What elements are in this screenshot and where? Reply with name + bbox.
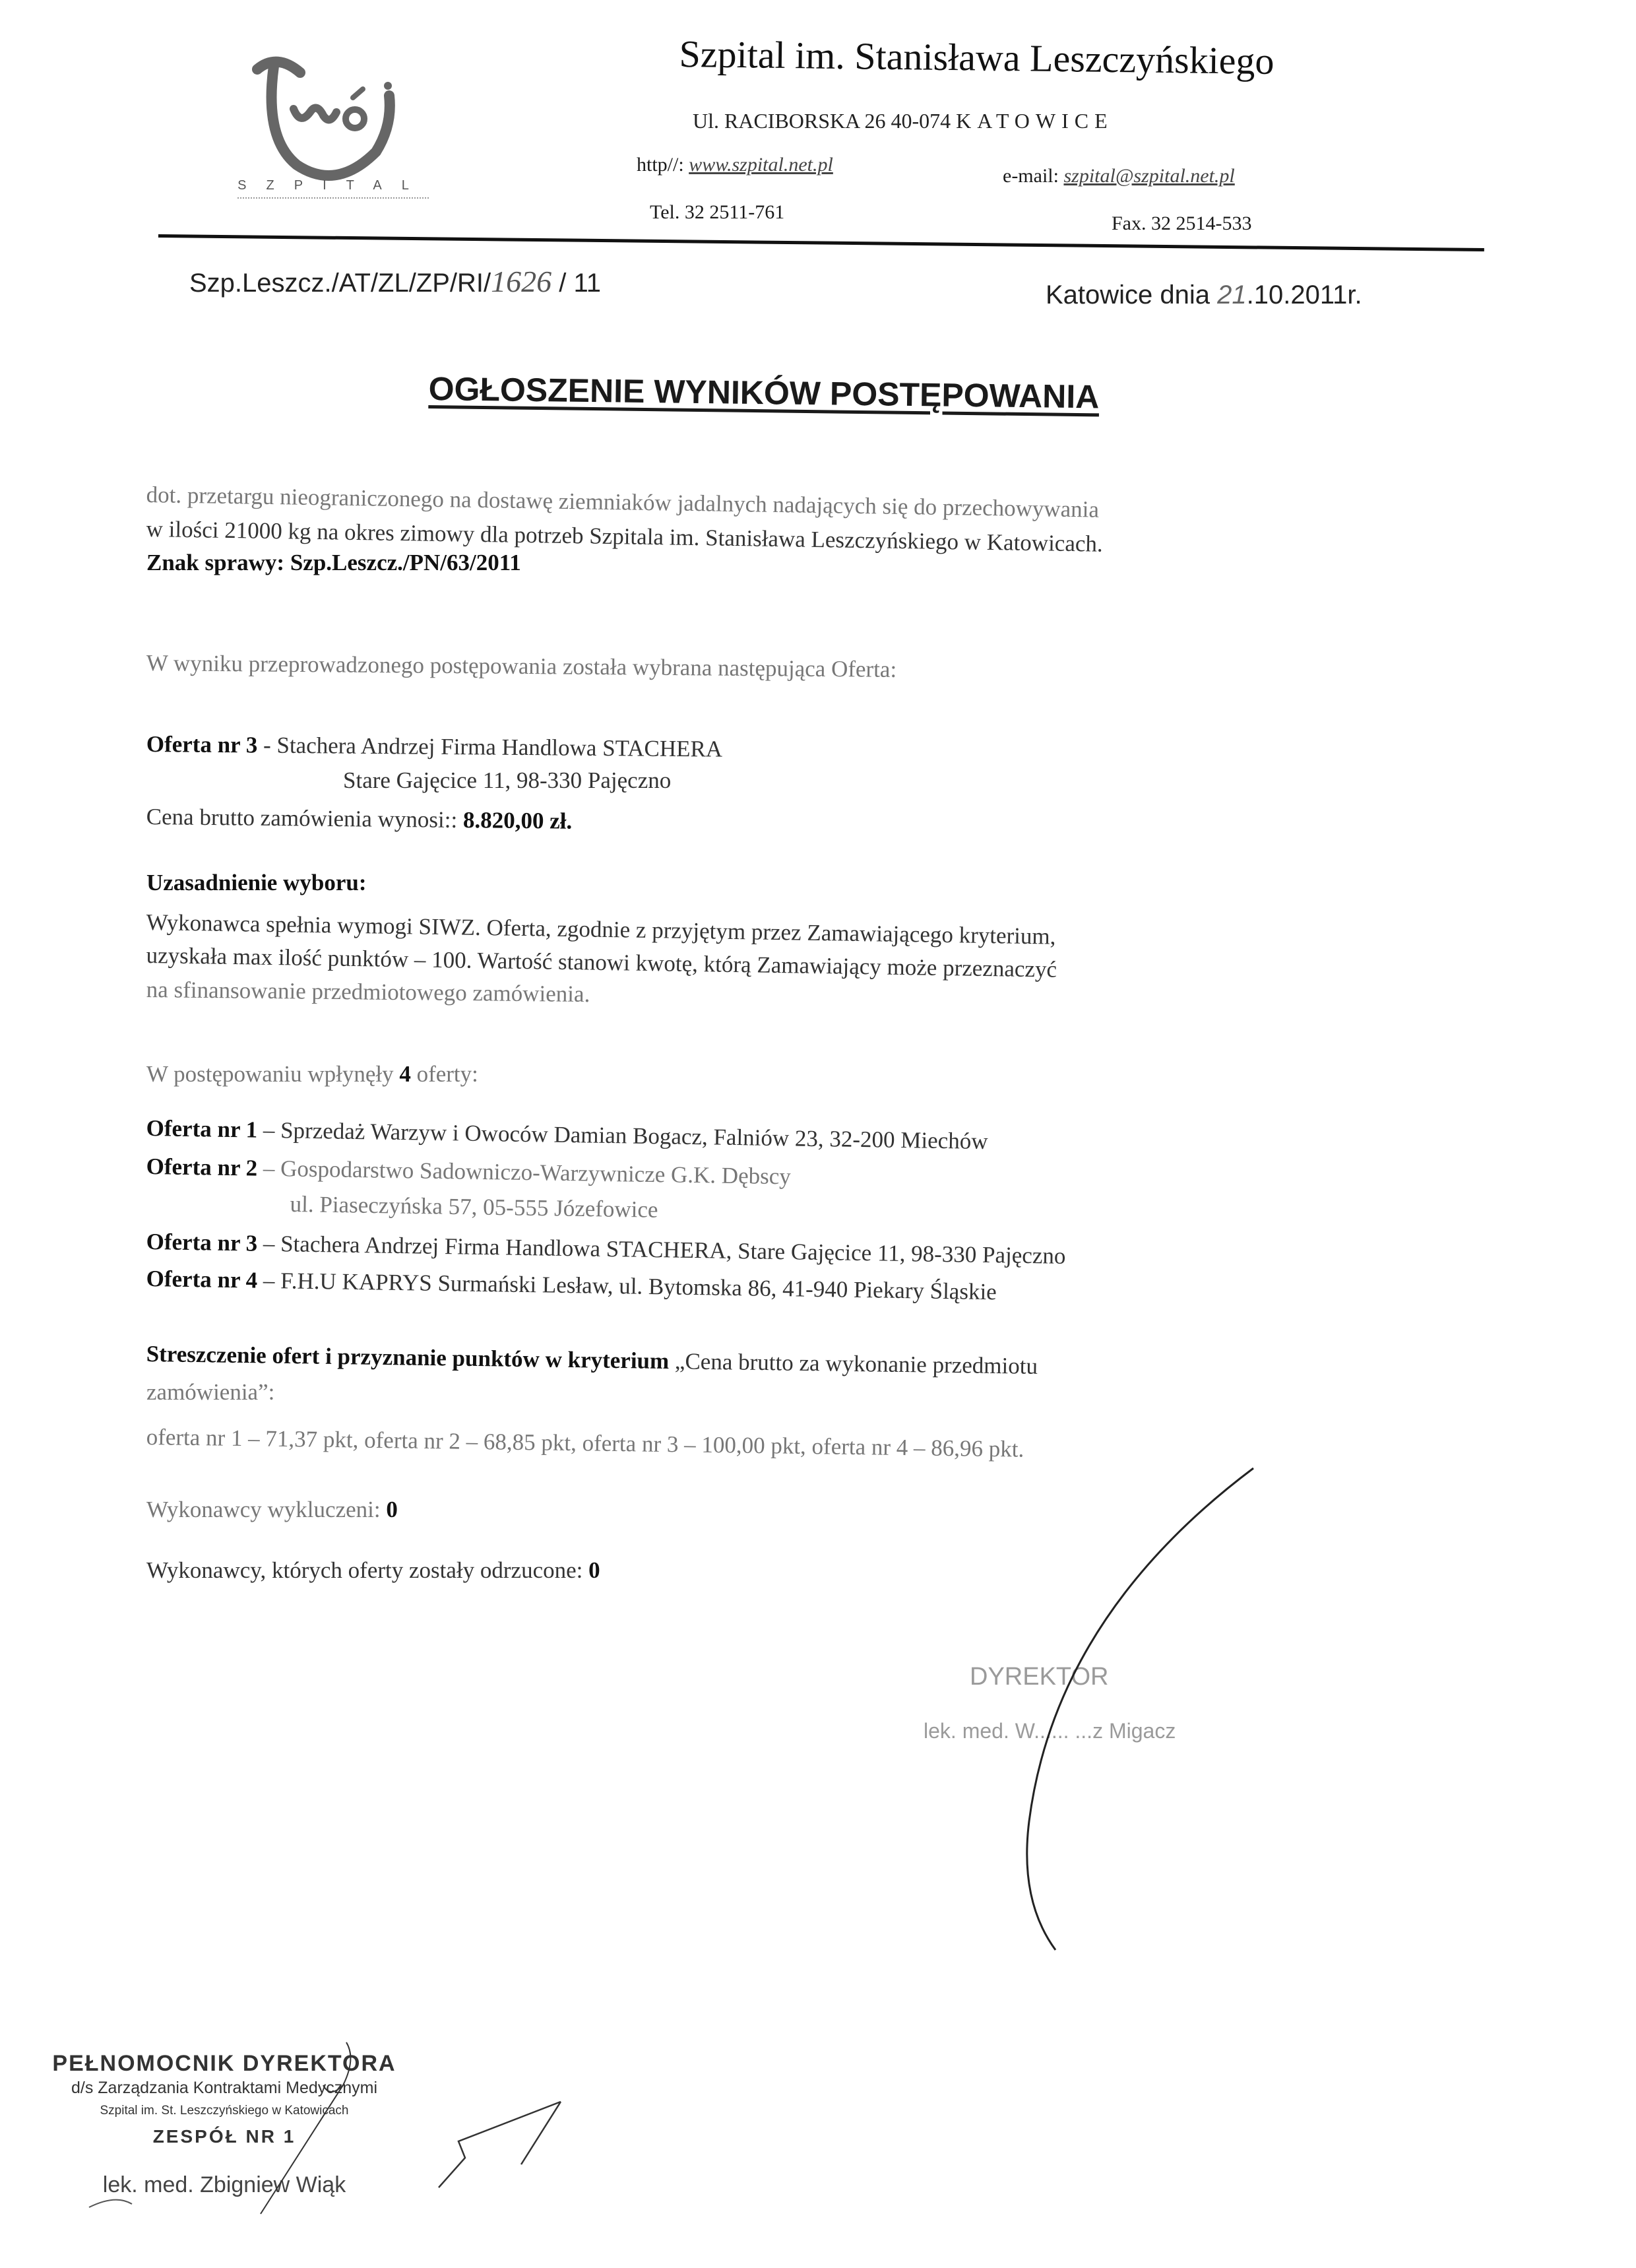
proxy-stamp-team: ZESPÓŁ NR 1 <box>26 2126 422 2147</box>
justification-line-3: na sfinansowanie przedmiotowego zamówien… <box>146 977 590 1008</box>
order-price: Cena brutto zamówienia wynosi:: 8.820,00… <box>146 804 573 835</box>
offer-3-text: – Stachera Andrzej Firma Handlowa STACHE… <box>257 1231 1066 1269</box>
excluded-contractors: Wykonawcy wykluczeni: 0 <box>146 1497 398 1523</box>
letterhead-divider <box>158 234 1484 251</box>
address-street: Ul. RACIBORSKA 26 40-074 <box>693 109 951 133</box>
proxy-stamp-name: lek. med. Zbigniew Wiąk <box>26 2172 422 2198</box>
offer-item-2: Oferta nr 2 – Gospodarstwo Sadowniczo-Wa… <box>146 1153 791 1190</box>
selected-offer-name: - Stachera Andrzej Firma Handlowa STACHE… <box>257 732 722 761</box>
hospital-address: Ul. RACIBORSKA 26 40-074 KATOWICE <box>693 109 1114 133</box>
website-line: http//: www.szpital.net.pl <box>637 154 833 176</box>
hospital-name: Szpital im. Stanisława Leszczyńskiego <box>679 32 1274 83</box>
excluded-value: 0 <box>386 1497 398 1522</box>
document-title: OGŁOSZENIE WYNIKÓW POSTĘPOWANIA <box>428 370 1099 416</box>
offer-item-4: Oferta nr 4 – F.H.U KAPRYS Surmański Les… <box>146 1266 997 1305</box>
selected-offer: Oferta nr 3 - Stachera Andrzej Firma Han… <box>146 731 723 763</box>
scoring-heading-text: Streszczenie ofert i przyznanie punktów … <box>146 1341 669 1374</box>
director-stamp-name: lek. med. W...... ...z Migacz <box>924 1719 1176 1743</box>
email-line: e-mail: szpital@szpital.net.pl <box>1003 165 1235 187</box>
director-stamp-title: DYREKTOR <box>970 1663 1108 1691</box>
proxy-stamp-hospital: Szpital im. St. Leszczyńskiego w Katowic… <box>26 2104 422 2118</box>
justification-heading: Uzasadnienie wyboru: <box>146 870 367 896</box>
reference-suffix: / 11 <box>551 269 601 298</box>
scoring-heading: Streszczenie ofert i przyznanie punktów … <box>146 1341 1038 1380</box>
proxy-stamp-title: PEŁNOMOCNIK DYREKTORA <box>26 2051 422 2077</box>
scores-line: oferta nr 1 – 71,37 pkt, oferta nr 2 – 6… <box>146 1424 1024 1463</box>
reference-prefix: Szp.Leszcz./AT/ZL/ZP/RI/ <box>189 269 491 298</box>
offer-1-text: – Sprzedaż Warzyw i Owoców Damian Bogacz… <box>257 1117 988 1154</box>
price-value: 8.820,00 zł. <box>463 807 573 834</box>
case-number: Znak sprawy: Szp.Leszcz./PN/63/2011 <box>146 550 521 576</box>
email-link[interactable]: szpital@szpital.net.pl <box>1063 165 1234 187</box>
subject-line-1: dot. przetargu nieograniczonego na dosta… <box>146 482 1099 523</box>
offers-intro: W postępowaniu wpłynęły 4 oferty: <box>146 1061 478 1087</box>
offer-1-label: Oferta nr 1 <box>146 1115 257 1143</box>
offers-count: 4 <box>399 1061 411 1087</box>
offer-3-label: Oferta nr 3 <box>146 1229 257 1256</box>
fax: Fax. 32 2514-533 <box>1112 212 1252 235</box>
rejected-value: 0 <box>588 1557 600 1583</box>
offer-item-3: Oferta nr 3 – Stachera Andrzej Firma Han… <box>146 1229 1065 1270</box>
proxy-stamp-department: d/s Zarządzania Kontraktami Medycznymi <box>26 2079 422 2098</box>
justification-line-2: uzyskała max ilość punktów – 100. Wartoś… <box>146 942 1057 983</box>
website-label: http//: <box>637 154 684 176</box>
excluded-label: Wykonawcy wykluczeni: <box>146 1497 386 1522</box>
date-suffix: .10.2011r. <box>1247 280 1362 309</box>
logo-wordmark: SZPITAL <box>237 178 429 199</box>
scoring-criterion: „Cena brutto za wykonanie przedmiotu <box>669 1348 1038 1379</box>
telephone: Tel. 32 2511-761 <box>650 201 784 224</box>
selected-offer-label: Oferta nr 3 <box>146 731 258 758</box>
website-link[interactable]: www.szpital.net.pl <box>689 154 833 176</box>
offer-2-label: Oferta nr 2 <box>146 1153 257 1181</box>
offer-2-address: ul. Piaseczyńska 57, 05-555 Józefowice <box>290 1191 658 1223</box>
address-city: KATOWICE <box>956 109 1114 133</box>
date-handwritten-day: 21 <box>1217 280 1247 309</box>
reference-number: Szp.Leszcz./AT/ZL/ZP/RI/1626 / 11 <box>189 264 601 299</box>
date-prefix: Katowice dnia <box>1046 280 1217 309</box>
offer-4-label: Oferta nr 4 <box>146 1266 257 1293</box>
selection-intro: W wyniku przeprowadzonego postępowania z… <box>146 650 897 683</box>
offer-2-text: – Gospodarstwo Sadowniczo-Warzywnicze G.… <box>257 1155 791 1190</box>
rejected-label: Wykonawcy, których oferty zostały odrzuc… <box>146 1557 588 1583</box>
offer-4-text: – F.H.U KAPRYS Surmański Lesław, ul. Byt… <box>257 1268 997 1305</box>
offers-intro-prefix: W postępowaniu wpłynęły <box>146 1061 399 1087</box>
scoring-criterion-end: zamówienia”: <box>146 1379 274 1406</box>
email-label: e-mail: <box>1003 165 1059 187</box>
selected-offer-address: Stare Gajęcice 11, 98-330 Pajęczno <box>343 767 671 794</box>
offers-intro-suffix: oferty: <box>411 1061 478 1087</box>
reference-handwritten-number: 1626 <box>491 265 551 298</box>
price-label: Cena brutto zamówienia wynosi:: <box>146 804 464 833</box>
offer-item-1: Oferta nr 1 – Sprzedaż Warzyw i Owoców D… <box>146 1115 988 1155</box>
rejected-offers: Wykonawcy, których oferty zostały odrzuc… <box>146 1557 600 1584</box>
document-date: Katowice dnia 21.10.2011r. <box>1046 280 1362 310</box>
